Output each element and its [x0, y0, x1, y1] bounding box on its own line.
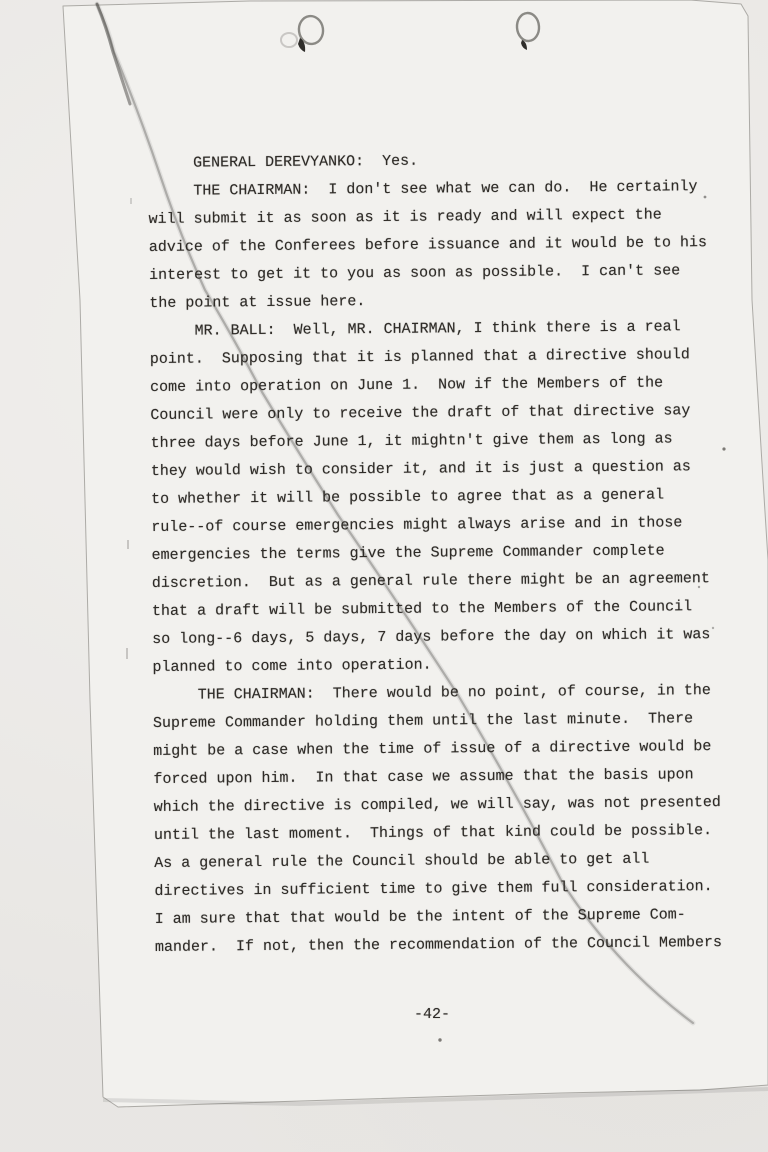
text-line: interest to get it to you as soon as pos… — [149, 257, 749, 290]
scanned-document-page: { "document": { "lines": [ "GENERAL DERE… — [0, 0, 768, 1152]
page-number: -42- — [414, 1001, 450, 1029]
text-line: mander. If not, then the recommendation … — [155, 929, 755, 962]
text-line: until the last moment. Things of that ki… — [154, 817, 754, 850]
text-line: so long--6 days, 5 days, 7 days before t… — [152, 621, 752, 654]
typed-text-block: GENERAL DEREVYANKO: Yes. THE CHAIRMAN: I… — [148, 145, 755, 962]
